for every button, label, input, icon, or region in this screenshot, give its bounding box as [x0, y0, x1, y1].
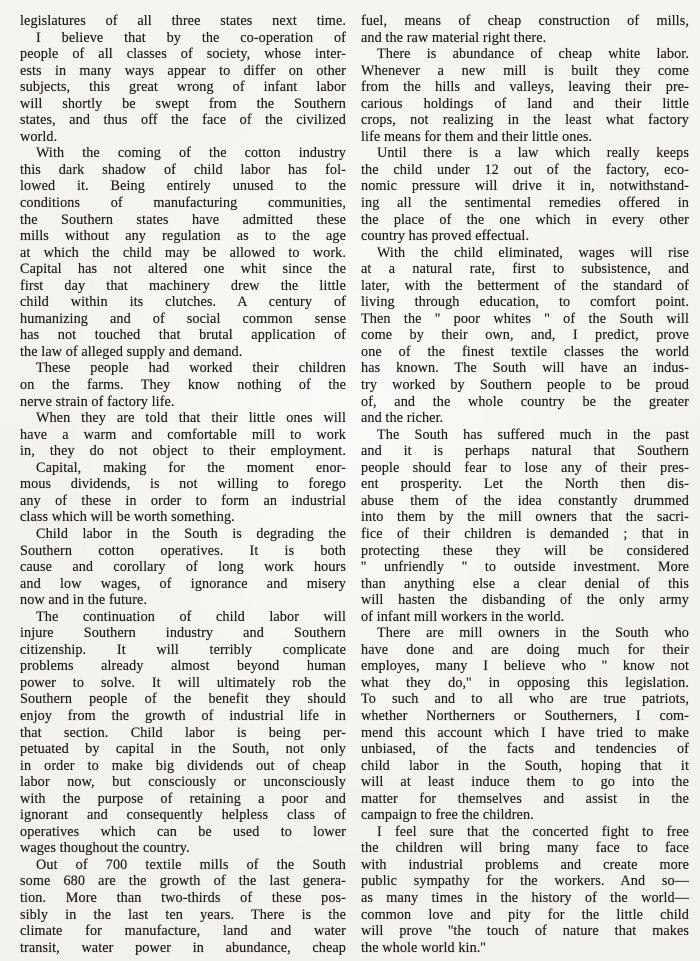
text-line: child within its clutches. A century of [20, 294, 346, 311]
text-line: at a natural rate, first to subsistence,… [361, 261, 689, 278]
text-line: Southern people of the benefit they shou… [20, 691, 346, 708]
text-line: states, and thus off the face of the civ… [20, 112, 346, 129]
text-line: will prove ''the touch of nature that ma… [361, 923, 689, 940]
text-line: the Southern states have admitted these [20, 212, 346, 229]
text-line: wages thoughout the country. [20, 840, 346, 857]
text-line: mills without any regulation as to the a… [20, 228, 346, 245]
text-line: There are mill owners in the South who [361, 625, 689, 642]
text-line: that section. Child labor is being per- [20, 725, 346, 742]
text-line: into them by the mill owners that the sa… [361, 509, 689, 526]
text-line: world. [20, 129, 346, 146]
text-line: country has proved effectual. [361, 228, 689, 245]
text-line: the place of the one which in every othe… [361, 212, 689, 229]
text-line: Capital, making for the moment enor- [20, 460, 346, 477]
text-line: child labor in the South, hoping that it [361, 758, 689, 775]
text-line: abuse them of the idea constantly drumme… [361, 493, 689, 510]
text-line: To such and to all who are true patriots… [361, 691, 689, 708]
text-line: petuated by capital in the South, not on… [20, 741, 346, 758]
text-line: the law of alleged supply and demand. [20, 344, 346, 361]
text-line: conditions of manufacturing communities, [20, 195, 346, 212]
text-line: the whole world kin.'' [361, 940, 689, 957]
text-line: will hasten the disbanding of the only a… [361, 592, 689, 609]
text-line: and it is perhaps natural that Southern [361, 443, 689, 460]
text-line: what they do,'' in opposing this legisla… [361, 675, 689, 692]
text-line: subjects, this great wrong of infant lab… [20, 79, 346, 96]
text-line: crops, not realizing in the least what f… [361, 112, 689, 129]
text-line: legislatures of all three states next ti… [20, 13, 346, 30]
text-line: Until there is a law which really keeps [361, 145, 689, 162]
text-line: transit, water power in abundance, cheap [20, 940, 346, 957]
text-line: matter for themselves and assist in the [361, 791, 689, 808]
text-line: this dark shadow of child labor has fol- [20, 162, 346, 179]
text-line: have done and are doing much for their [361, 642, 689, 659]
text-line: ests in many ways appear to differ on ot… [20, 63, 346, 80]
text-line: tion. More than two-thirds of these pos- [20, 890, 346, 907]
text-line: When they are told that their little one… [20, 410, 346, 427]
text-line: Capital has not altered one whit since t… [20, 261, 346, 278]
text-line: injure Southern industry and Southern [20, 625, 346, 642]
text-line: one of the finest textile classes the wo… [361, 344, 689, 361]
text-line: common love and pity for the little chil… [361, 907, 689, 924]
text-line: These people had worked their children [20, 360, 346, 377]
text-line: fice of their children is demanded ; tha… [361, 526, 689, 543]
text-line: citizenship. It will terribly complicate [20, 642, 346, 659]
text-line: people of all classes of society, whose … [20, 46, 346, 63]
text-line: life means for them and their little one… [361, 129, 689, 146]
text-line: operatives which can be used to lower [20, 824, 346, 841]
text-line: power to solve. It will ultimately rob t… [20, 675, 346, 692]
text-line: There is abundance of cheap white labor. [361, 46, 689, 63]
text-line: unbiased, of the facts and tendencies of [361, 741, 689, 758]
text-line: in order to make big dividends out of ch… [20, 758, 346, 775]
text-line: any of these in order to form an industr… [20, 493, 346, 510]
text-line: humanizing and of social common sense [20, 311, 346, 328]
text-line: of infant mill workers in the world. [361, 609, 689, 626]
text-line: Out of 700 textile mills of the South [20, 857, 346, 874]
text-line: have a warm and comfortable mill to work [20, 427, 346, 444]
text-line: The South has suffered much in the past [361, 427, 689, 444]
text-line: on the farms. They know nothing of the [20, 377, 346, 394]
text-line: class which will be worth something. [20, 509, 346, 526]
text-line: the child under 12 out of the factory, e… [361, 162, 689, 179]
text-line: sibly in the last ten years. There is th… [20, 907, 346, 924]
text-line: and low wages, of ignorance and misery [20, 576, 346, 593]
text-line: Whenever a new mill is built they come [361, 63, 689, 80]
text-line: problems already almost beyond human [20, 658, 346, 675]
text-column-left: legislatures of all three states next ti… [20, 13, 346, 956]
document-page: legislatures of all three states next ti… [0, 0, 700, 961]
text-line: than anything else a clear denial of thi… [361, 576, 689, 593]
text-line: cause and corollary of long work hours [20, 559, 346, 576]
text-line: mend this account which I have tried to … [361, 725, 689, 742]
text-line: I feel sure that the concerted fight to … [361, 824, 689, 841]
text-line: Southern cotton operatives. It is both [20, 543, 346, 560]
text-line: public sympathy for the workers. And so— [361, 873, 689, 890]
text-line: first day that machinery drew the little [20, 278, 346, 295]
text-line: come by their own, and, I predict, prove [361, 327, 689, 344]
text-line: ignorant and consequently helpless class… [20, 807, 346, 824]
text-line: With the child eliminated, wages will ri… [361, 245, 689, 262]
text-line: the children will bring many face to fac… [361, 840, 689, 857]
text-line: whether Northerners or Southerners, I co… [361, 708, 689, 725]
text-line: with industrial problems and create more [361, 857, 689, 874]
text-column-right: fuel, means of cheap construction of mil… [361, 13, 689, 956]
text-line: has known. The South will have an indus- [361, 360, 689, 377]
text-line: at which the child may be allowed to wor… [20, 245, 346, 262]
text-line: living through education, to comfort poi… [361, 294, 689, 311]
text-line: has not touched that brutal application … [20, 327, 346, 344]
text-line: in, they do not object to their employme… [20, 443, 346, 460]
text-line: as many times in the history of the worl… [361, 890, 689, 907]
text-line: nomic pressure will drive it in, notwith… [361, 178, 689, 195]
text-line: and the raw material right there. [361, 30, 689, 47]
text-line: people should fear to lose any of their … [361, 460, 689, 477]
text-line: climate for manufacture, land and water [20, 923, 346, 940]
text-line: will shortly be swept from the Southern [20, 96, 346, 113]
text-line: from the hills and valleys, leaving thei… [361, 79, 689, 96]
text-line: With the coming of the cotton industry [20, 145, 346, 162]
text-line: lowed it. Being entirely unused to the [20, 178, 346, 195]
text-line: The continuation of child labor will [20, 609, 346, 626]
text-line: Then the '' poor whites '' of the South … [361, 311, 689, 328]
text-line: and the richer. [361, 410, 689, 427]
text-line: Child labor in the South is degrading th… [20, 526, 346, 543]
text-line: enjoy from the growth of industrial life… [20, 708, 346, 725]
text-line: will at least induce them to go into the [361, 774, 689, 791]
text-line: '' unfriendly '' to outside investment. … [361, 559, 689, 576]
text-line: I believe that by the co-operation of [20, 30, 346, 47]
text-line: try worked by Southern people to be prou… [361, 377, 689, 394]
text-line: ent prosperity. Let the North then dis- [361, 476, 689, 493]
text-line: later, with the betterment of the standa… [361, 278, 689, 295]
text-line: fuel, means of cheap construction of mil… [361, 13, 689, 30]
text-line: labor now, but consciously or unconsciou… [20, 774, 346, 791]
text-line: mous dividends, is not willing to forego [20, 476, 346, 493]
text-line: nerve strain of factory life. [20, 394, 346, 411]
text-line: protecting these they will be considered [361, 543, 689, 560]
text-line: with the purpose of retaining a poor and [20, 791, 346, 808]
text-line: employes, many I believe who '' know not [361, 658, 689, 675]
text-line: of, and the whole country be the greater [361, 394, 689, 411]
text-line: carious holdings of land and their littl… [361, 96, 689, 113]
text-line: ing all the sentimental remedies offered… [361, 195, 689, 212]
text-line: campaign to free the children. [361, 807, 689, 824]
text-line: some 680 are the growth of the last gene… [20, 873, 346, 890]
text-line: now and in the future. [20, 592, 346, 609]
